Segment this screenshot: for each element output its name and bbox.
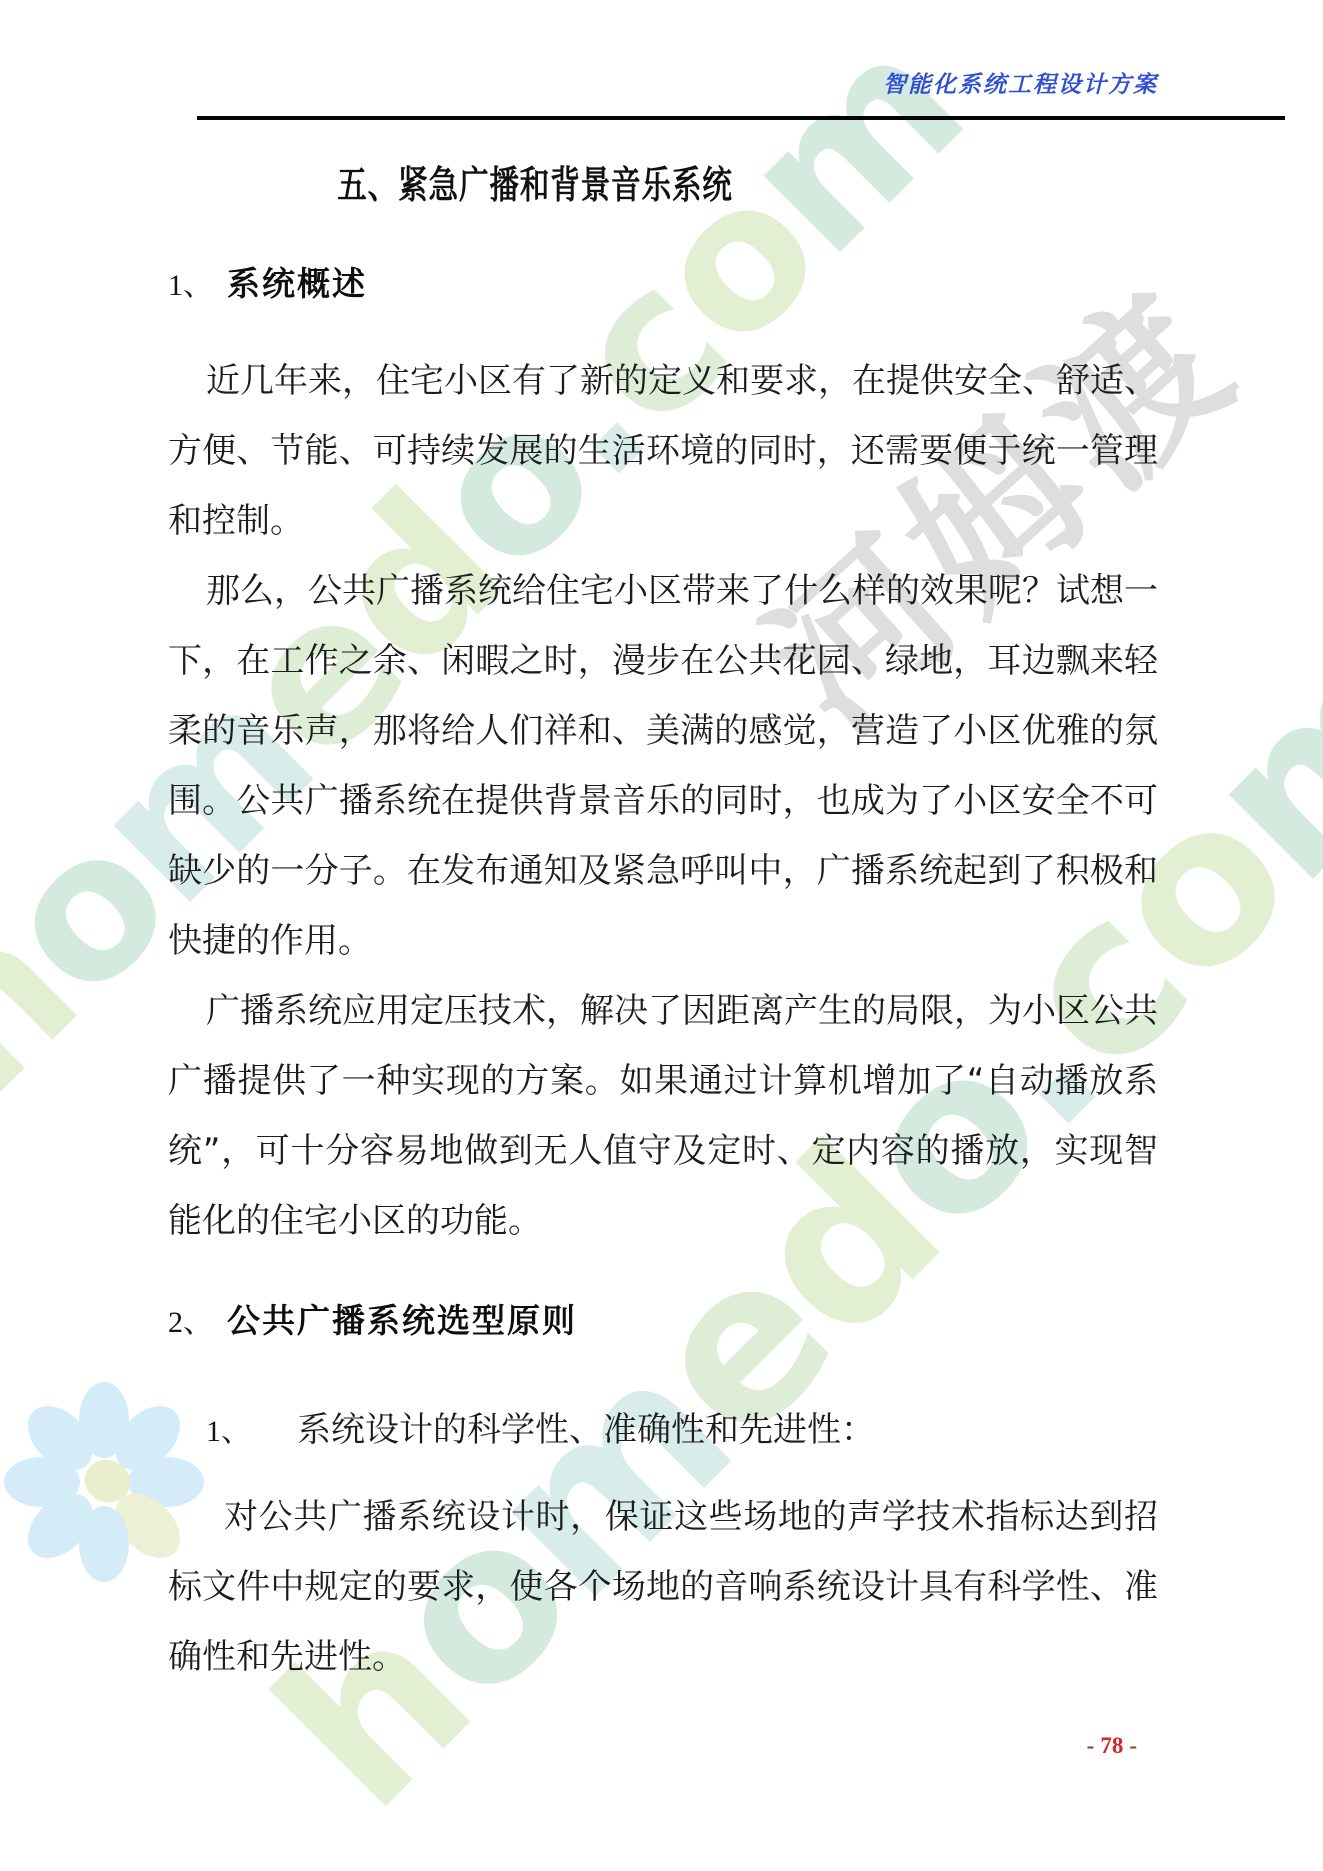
page-number-left-dash: - — [1087, 1733, 1095, 1758]
section2-heading: 2、公共广播系统选型原则 — [168, 1300, 1158, 1348]
header-title: 智能化系统工程设计方案 — [883, 72, 1158, 97]
header-rule — [197, 116, 1285, 120]
page-title: 五、紧急广播和背景音乐系统 — [149, 162, 921, 208]
page-header: 智能化系统工程设计方案 — [168, 0, 1158, 100]
list-item-1-number: 1、 — [206, 1415, 251, 1448]
section2-number: 2、 — [168, 1306, 213, 1339]
section1-number: 1、 — [168, 269, 213, 302]
page-number-value: 78 — [1100, 1733, 1123, 1758]
section1-heading-text: 系统概述 — [227, 264, 367, 303]
list-item-1: 1、系统设计的科学性、准确性和先进性： — [168, 1410, 1158, 1456]
list-item-1-body: 对公共广播系统设计时，保证这些场地的声学技术指标达到招标文件中规定的要求，使各个… — [168, 1482, 1158, 1692]
page-content: 智能化系统工程设计方案 五、紧急广播和背景音乐系统 1、系统概述 近几年来，住宅… — [0, 0, 1323, 1871]
paragraph-1: 近几年来，住宅小区有了新的定义和要求，在提供安全、舒适、方便、节能、可持续发展的… — [168, 346, 1158, 556]
paragraph-2: 那么，公共广播系统给住宅小区带来了什么样的效果呢？试想一下，在工作之余、闲暇之时… — [168, 556, 1158, 976]
page-number: -78- — [1087, 1733, 1137, 1759]
page-number-right-dash: - — [1129, 1733, 1137, 1758]
list-item-1-label: 系统设计的科学性、准确性和先进性： — [297, 1410, 875, 1450]
paragraph-3: 广播系统应用定压技术，解决了因距离产生的局限，为小区公共广播提供了一种实现的方案… — [168, 976, 1158, 1256]
section1-heading: 1、系统概述 — [168, 264, 1158, 310]
document-page: homedo.com homedo.com 河姆渡 智能化系统工程设计方案 五、… — [0, 0, 1323, 1871]
section2-heading-text: 公共广播系统选型原则 — [227, 1301, 577, 1340]
